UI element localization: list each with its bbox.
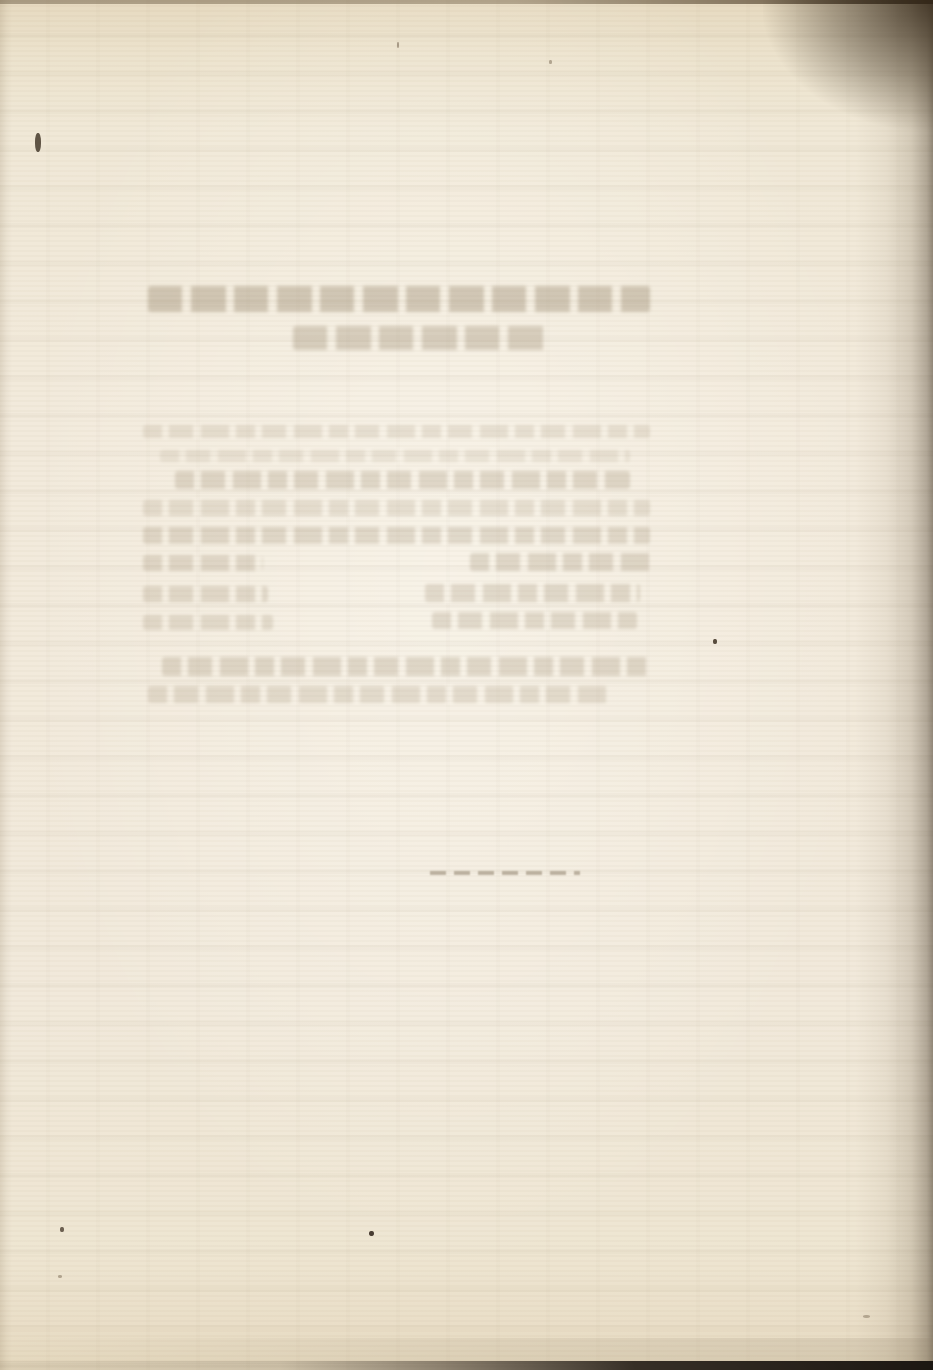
- ghost-text-line: [425, 584, 640, 602]
- ghost-text-line: [162, 657, 648, 676]
- page-top-right-corner-shadow: [763, 0, 933, 130]
- divider-rule-showthrough: [430, 871, 580, 875]
- ink-speck: [58, 1275, 62, 1278]
- ink-speck: [369, 1231, 374, 1236]
- scanned-page: [0, 0, 933, 1370]
- page-right-edge-shadow: [855, 0, 933, 1370]
- ghost-text-line: [175, 471, 630, 489]
- ink-speck: [397, 42, 399, 48]
- ink-speck: [35, 133, 41, 152]
- ghost-text-line: [143, 615, 273, 630]
- ghost-text-line: [143, 555, 263, 571]
- ink-speck: [60, 1227, 64, 1232]
- ghost-text-line: [293, 326, 545, 350]
- ghost-text-line: [143, 425, 650, 438]
- page-top-edge: [0, 0, 933, 4]
- ghost-text-line: [470, 553, 650, 571]
- ink-speck: [549, 60, 552, 64]
- ghost-text-line: [148, 686, 613, 703]
- ghost-text-line: [148, 286, 650, 312]
- ghost-text-line: [143, 527, 650, 544]
- page-bottom-edge: [0, 1361, 933, 1370]
- ink-speck: [863, 1315, 870, 1318]
- paper-texture-overlay: [0, 0, 933, 1370]
- ghost-text-line: [143, 500, 650, 516]
- ghost-text-line: [432, 612, 637, 629]
- page-left-edge-shade: [0, 0, 12, 1370]
- ghost-text-line: [160, 450, 630, 462]
- page-bottom-haze: [0, 1338, 933, 1364]
- ghost-text-line: [143, 586, 268, 602]
- ink-speck: [713, 639, 717, 644]
